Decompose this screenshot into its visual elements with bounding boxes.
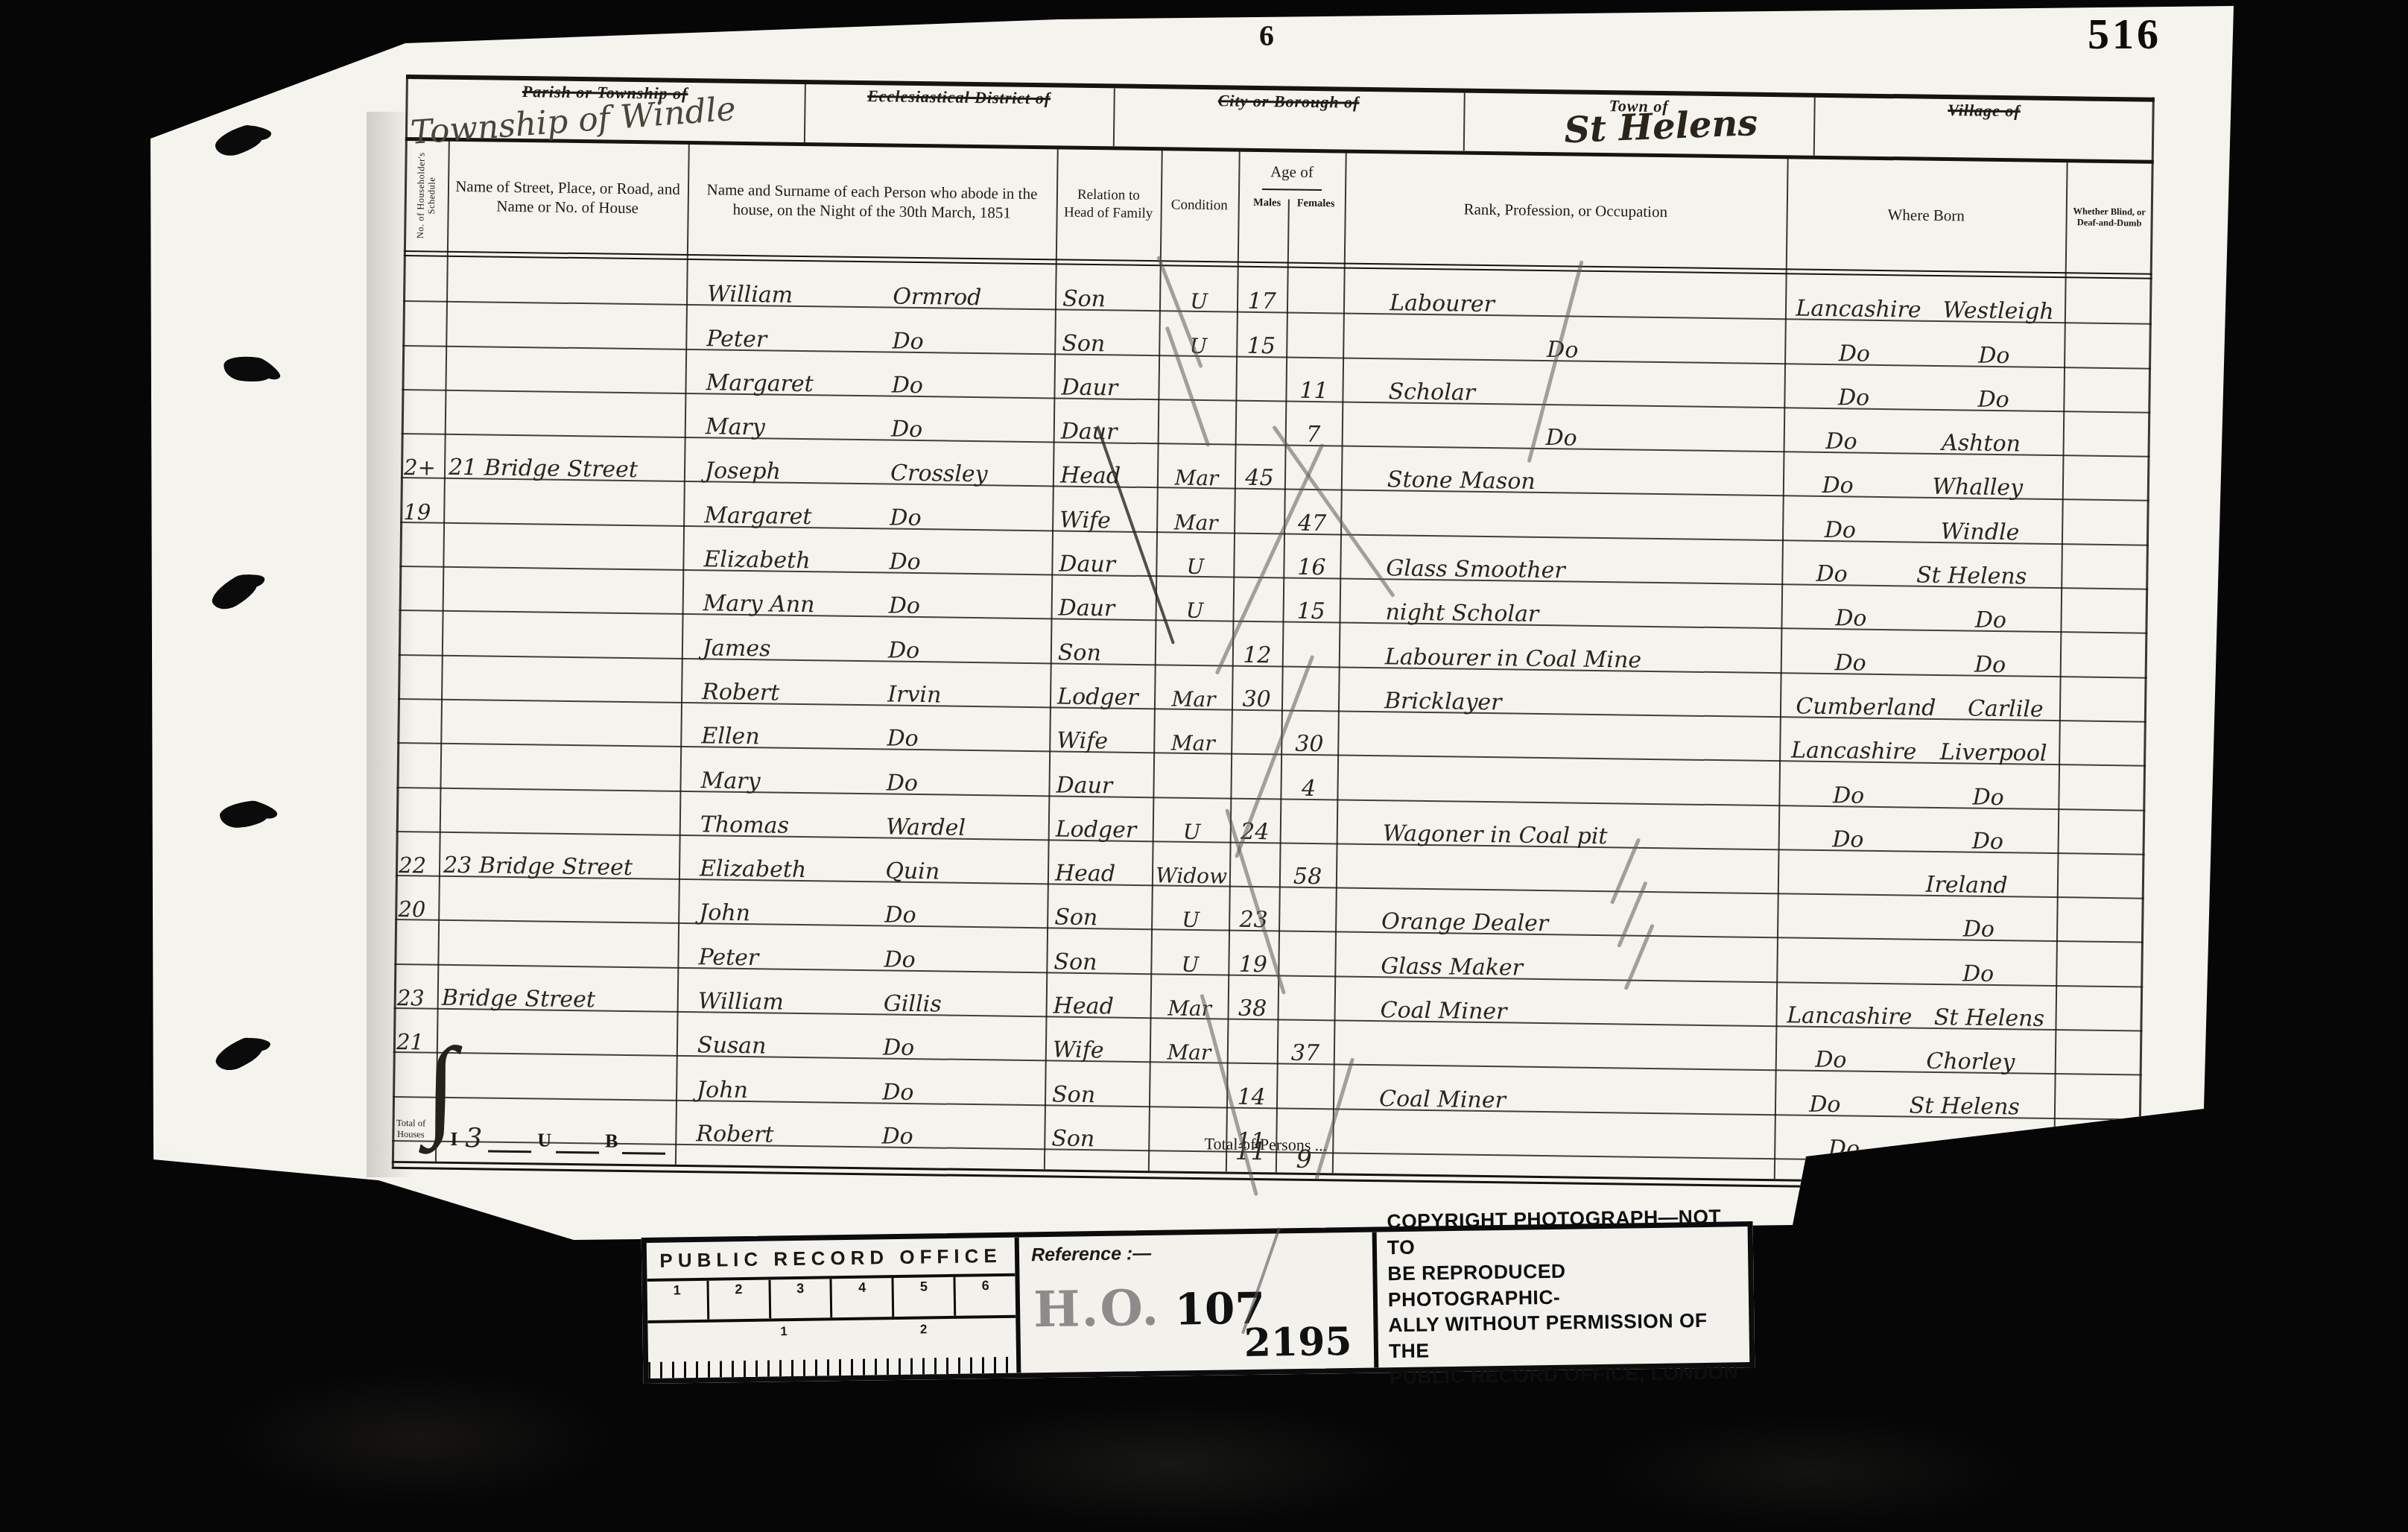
cell-surname: Do (882, 1079, 914, 1106)
cell-first-name: Thomas (700, 811, 790, 839)
ruler-inch-number: 1 (780, 1324, 788, 1339)
cell-first-name: Margaret (706, 370, 814, 397)
cell-surname: Do (892, 328, 924, 355)
cell-born-place: St Helens (1916, 563, 2027, 590)
cell-schedule-number: 19 (403, 499, 443, 525)
field-city-borough-label: City or Borough of (1218, 91, 1360, 111)
cell-relation: Daur (1058, 595, 1152, 623)
column-headers: No. of Householder's Schedule Name of St… (404, 140, 2154, 273)
cell-born-place: Do (1963, 917, 1995, 943)
cell-age-male: 12 (1232, 642, 1282, 668)
cell-age-male: 30 (1232, 686, 1281, 713)
cell-relation: Daur (1059, 551, 1153, 579)
building-label: B (605, 1130, 618, 1153)
ink-blot (222, 353, 273, 385)
cell-surname: Do (883, 1035, 915, 1062)
cell-first-name: William (698, 988, 784, 1016)
ink-blot (218, 800, 268, 830)
cell-born-place: Carlile (1968, 695, 2044, 722)
cell-schedule-number: 22 (399, 852, 439, 879)
copyright-notice: COPYRIGHT PHOTOGRAPH—NOT TOBE REPRODUCED… (1377, 1226, 1750, 1367)
cell-first-name: Robert (702, 679, 779, 706)
total-males: 11 (1226, 1136, 1276, 1166)
cell-age-male: 17 (1237, 288, 1287, 315)
field-village: Village of (1813, 99, 2154, 123)
ink-blot (212, 121, 264, 160)
cell-born-place: Chorley (1926, 1048, 2015, 1076)
cell-relation: Son (1062, 330, 1156, 358)
header-name: Name and Surname of each Person who abod… (687, 144, 1057, 259)
cell-relation: Head (1060, 463, 1154, 490)
header-males: Males (1243, 196, 1292, 210)
cell-born-place: Liverpool (1940, 739, 2047, 767)
cell-first-name: William (707, 282, 793, 309)
ruler-cm-scale: 123456 (647, 1276, 1016, 1323)
cell-born-place: Do (1972, 828, 2004, 855)
uninhabited-label: U (537, 1129, 551, 1151)
cell-schedule-number: 2+ (404, 455, 444, 481)
ruler-cm-cell: 2 (709, 1280, 771, 1320)
cell-condition: Mar (1159, 510, 1233, 535)
ruler-cm-cell: 1 (647, 1281, 710, 1320)
ruler-inch-number: 2 (920, 1322, 928, 1337)
cell-born-county: Do (1838, 384, 1870, 411)
cell-first-name: James (703, 635, 771, 662)
cell-born-county: Do (1822, 472, 1854, 499)
header-females: Females (1291, 197, 1340, 211)
cell-condition: U (1153, 908, 1228, 933)
cell-first-name: Mary Ann (703, 591, 815, 618)
cell-condition: U (1157, 598, 1232, 624)
cell-schedule-number: 23 (397, 985, 437, 1011)
ruler-cm-cell: 4 (832, 1278, 895, 1317)
cell-condition: Widow (1154, 863, 1229, 888)
header-born: Where Born (1786, 158, 2067, 272)
cell-relation: Son (1062, 286, 1156, 314)
cell-born-place: St Helens (1934, 1004, 2045, 1032)
cell-born-county: Do (1839, 341, 1871, 367)
cell-surname: Crossley (890, 460, 988, 488)
cell-relation: Head (1053, 993, 1147, 1021)
cell-relation: Son (1053, 949, 1147, 976)
cell-born-place: Ireland (1925, 872, 2007, 899)
cell-born-place: Do (1974, 651, 2006, 678)
cell-born-place: Windle (1940, 519, 2019, 545)
cell-relation: Son (1058, 639, 1152, 667)
cell-born-county: Do (1833, 782, 1865, 809)
copyright-line: COPYRIGHT PHOTOGRAPH—NOT TO (1387, 1203, 1737, 1261)
cell-born-place: Do (1977, 387, 2009, 414)
cell-born-county: Do (1825, 517, 1857, 544)
census-form: Parish or Township of Ecclesiastical Dis… (392, 75, 2155, 1194)
cell-age-female: 7 (1285, 422, 1342, 449)
cell-surname: Do (890, 504, 922, 531)
scan-smudge (224, 1371, 611, 1505)
cell-condition: Mar (1156, 731, 1230, 756)
copyright-line: ALLY WITHOUT PERMISSION OF THE (1388, 1308, 1739, 1365)
cell-relation: Daur (1056, 772, 1150, 800)
cell-born-place: Do (1968, 1138, 2000, 1165)
stamp-ruler-section: PUBLIC RECORD OFFICE 123456 12 (647, 1238, 1021, 1379)
cell-condition: U (1155, 819, 1229, 844)
copyright-line: PUBLIC RECORD OFFICE, LONDON (1389, 1360, 1739, 1391)
cell-age-female: 37 (1277, 1040, 1334, 1067)
cell-relation: Wife (1059, 507, 1153, 534)
cell-age-male: 23 (1229, 907, 1279, 934)
cell-first-name: Joseph (705, 458, 781, 485)
cell-born-county: Lancashire (1791, 738, 1917, 765)
cell-age-female: 30 (1281, 731, 1337, 758)
cell-first-name: Susan (697, 1033, 767, 1060)
cell-first-name: Mary (700, 767, 760, 794)
header-schedule-label: No. of Householder's Schedule (415, 143, 438, 247)
cell-relation: Daur (1061, 419, 1155, 446)
field-city-borough: City or Borough of (1113, 89, 1463, 113)
cell-born-place: Westleigh (1942, 297, 2054, 325)
field-ecclesiastical-label: Ecclesiastical District of (867, 86, 1051, 107)
cell-born-county: Do (1825, 428, 1857, 455)
blank-line (488, 1133, 531, 1153)
cell-born-place: Do (1975, 607, 2007, 634)
cell-relation: Son (1052, 1081, 1146, 1109)
cell-first-name: Peter (706, 326, 767, 352)
cell-relation: Son (1054, 905, 1148, 932)
cell-relation: Daur (1061, 374, 1155, 402)
cell-surname: Do (888, 637, 920, 664)
cell-born-county: Do (1809, 1091, 1841, 1118)
ruler-cm-cell: 5 (894, 1277, 957, 1317)
cell-condition: U (1153, 952, 1227, 977)
cell-born-place: Ashton (1942, 430, 2021, 457)
copyright-line: BE REPRODUCED PHOTOGRAPHIC- (1387, 1256, 1738, 1313)
cell-first-name: Mary (706, 414, 765, 440)
header-schedule: No. of Householder's Schedule (404, 140, 449, 251)
ruler-cm-cell: 6 (956, 1276, 1016, 1316)
cell-surname: Do (891, 417, 923, 443)
scan-smudge (931, 1401, 1408, 1528)
cell-first-name: Margaret (704, 502, 812, 530)
reference-series: H.O. (1033, 1279, 1161, 1339)
cell-surname: Quin (885, 858, 940, 885)
cell-surname: Do (887, 770, 919, 797)
cell-surname: Irvin (887, 682, 942, 709)
cell-relation: Wife (1053, 1037, 1147, 1065)
cell-born-place: Do (1972, 784, 2004, 811)
cell-born-county: Cumberland (1796, 693, 1936, 721)
cell-born-place: Do (1962, 960, 1994, 987)
blank-line (622, 1134, 665, 1155)
cell-surname: Do (889, 593, 921, 620)
header-occupation: Rank, Profession, or Occupation (1344, 153, 1787, 269)
check-flourish: ∫ (425, 1022, 457, 1151)
cell-first-name: Elizabeth (703, 546, 811, 574)
cell-first-name: John (697, 1077, 748, 1104)
cell-surname: Ormrod (893, 284, 981, 311)
ink-blot (212, 1033, 265, 1075)
reference-number: H.O. 107 (1033, 1277, 1266, 1339)
cell-born-county: Lancashire (1796, 296, 1921, 323)
cell-age-female: 15 (1282, 598, 1339, 625)
inhabited-value: 3 (465, 1123, 482, 1153)
cell-surname: Gillis (884, 991, 942, 1018)
cell-relation: Lodger (1056, 816, 1150, 843)
cell-born-place: St Helens (1910, 1092, 2021, 1120)
cell-first-name: Elizabeth (700, 855, 807, 883)
page-number: 6 (1259, 18, 1274, 53)
reference-piece: 2195 (1243, 1319, 1352, 1366)
cell-born-county: Lancashire (1787, 1002, 1913, 1030)
pro-office-title: PUBLIC RECORD OFFICE (647, 1238, 1016, 1282)
ruler-inch-scale: 12 (647, 1318, 1016, 1379)
pro-stamp: PUBLIC RECORD OFFICE 123456 12 Reference… (641, 1221, 1755, 1384)
census-rows: William Ormrod Son U 17 Labourer Lancash… (392, 258, 2152, 1165)
cell-surname: Do (884, 946, 916, 973)
cell-relation: Head (1055, 861, 1149, 888)
folio-number: 516 (2088, 9, 2161, 59)
cell-first-name: John (699, 900, 750, 927)
cell-born-county: Do (1815, 1047, 1847, 1074)
cell-schedule-number: 20 (398, 896, 438, 922)
stamp-reference-section: Reference :— H.O. 107 2195 (1019, 1232, 1379, 1373)
header-condition: Condition (1160, 150, 1239, 261)
field-village-label: Village of (1948, 101, 2021, 120)
cell-age-female: 11 (1285, 377, 1342, 404)
cell-born-county: Do (1835, 606, 1867, 633)
cell-born-county: Do (1834, 650, 1866, 677)
cell-condition: U (1158, 554, 1232, 579)
cell-surname: Do (889, 549, 921, 576)
cell-born-place: Whalley (1932, 474, 2023, 501)
cell-surname: Wardel (886, 814, 966, 841)
scan-smudge (1602, 1416, 2019, 1528)
ruler-cm-cell: 3 (770, 1279, 833, 1318)
header-street: Name of Street, Place, or Road, and Name… (447, 141, 688, 254)
cell-surname: Do (884, 902, 916, 929)
cell-first-name: Peter (698, 944, 758, 971)
cell-relation: Lodger (1057, 683, 1151, 711)
scanned-census-photograph: 6 516 Parish or Township of Ecclesiastic… (0, 0, 2408, 1532)
houses-tally: I 3 U B (450, 1123, 672, 1153)
cell-surname: Do (892, 372, 924, 399)
cell-born-place: Do (1978, 342, 2010, 369)
cell-condition: Mar (1156, 686, 1231, 712)
cell-age-male: 38 (1227, 996, 1277, 1022)
cell-surname: Do (887, 726, 919, 753)
cell-relation: Wife (1056, 728, 1150, 756)
cell-age-female: 16 (1283, 554, 1340, 581)
cell-condition: Mar (1159, 466, 1234, 491)
cell-age-female: 58 (1279, 864, 1336, 890)
header-relation: Relation to Head of Family (1056, 148, 1162, 260)
blank-line (556, 1133, 599, 1154)
header-age: Age of Males Females (1238, 151, 1346, 263)
age-underline (1262, 189, 1322, 191)
cell-born-county: Do (1816, 561, 1848, 588)
header-blind: Whether Blind, or Deaf-and-Dumb (2065, 162, 2154, 273)
cell-age-male: 15 (1236, 332, 1286, 359)
cell-age-female: 4 (1280, 775, 1337, 802)
header-age-label: Age of (1270, 162, 1314, 182)
cell-age-male: 45 (1235, 465, 1284, 492)
cell-first-name: Ellen (701, 724, 760, 750)
cell-condition: Mar (1152, 996, 1226, 1021)
ink-blot (207, 569, 261, 615)
cell-born-county: Do (1832, 826, 1864, 853)
reference-label: Reference :— (1031, 1240, 1360, 1267)
